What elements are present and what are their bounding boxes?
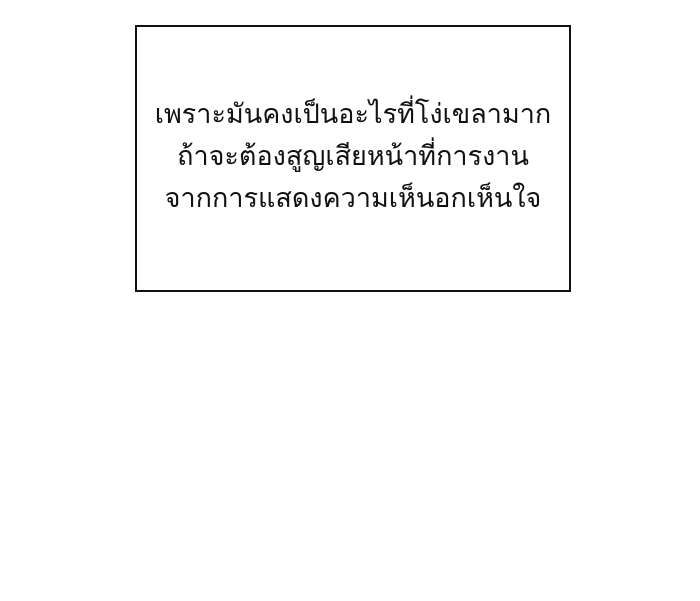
- caption-line-3: จากการแสดงความเห็นอกเห็นใจ: [155, 178, 552, 220]
- caption-line-1: เพราะมันคงเป็นอะไรที่โง่เขลามาก: [155, 94, 552, 136]
- caption-box: เพราะมันคงเป็นอะไรที่โง่เขลามาก ถ้าจะต้อ…: [135, 25, 571, 292]
- caption-text: เพราะมันคงเป็นอะไรที่โง่เขลามาก ถ้าจะต้อ…: [155, 94, 552, 220]
- caption-line-2: ถ้าจะต้องสูญเสียหน้าที่การงาน: [155, 136, 552, 178]
